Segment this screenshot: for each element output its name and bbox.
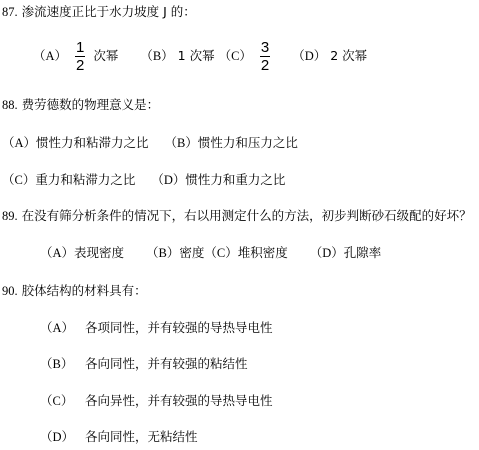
option-d-text: 各向同性，无粘结性 — [85, 429, 198, 444]
option-b-label: （B） — [40, 356, 85, 372]
option-c-label: （C） — [219, 49, 252, 63]
option-a-label: （A） — [40, 320, 85, 336]
option-d-label: （D） — [292, 49, 326, 63]
question-87-stem: 87. 渗流速度正比于水力坡度 J 的： — [2, 4, 196, 20]
question-88-stem: 88. 费劳德数的物理意义是： — [2, 97, 159, 113]
question-text: 在没有筛分析条件的情况下，右以用测定什么的方法，初步判断砂石级配的好坏？ — [22, 208, 472, 223]
option-c-text: 各向异性，并有较强的导热导电性 — [85, 393, 273, 408]
option-b-label: （B） — [165, 136, 198, 150]
question-number: 87. — [2, 5, 18, 19]
option-d-label: （D） — [151, 173, 185, 187]
option-b-label: （B） — [146, 246, 179, 260]
question-90-option-c: （C）各向异性，并有较强的导热导电性 — [40, 393, 273, 409]
option-b-text: 1 次幂 — [178, 48, 215, 63]
question-text: 胶体结构的材料具有： — [22, 283, 147, 298]
option-c-label: （C） — [204, 246, 237, 260]
option-a-text: 表现密度 — [74, 245, 124, 260]
question-text: 费劳德数的物理意义是： — [22, 97, 160, 112]
option-d-text: 2 次幂 — [330, 48, 367, 63]
option-a-text: 各项同性，并有较强的导热导电性 — [85, 320, 273, 335]
option-b-label: （B） — [140, 49, 173, 63]
option-d-text: 惯性力和重力之比 — [185, 172, 285, 187]
question-88-options-row-2: （C）重力和粘滞力之比 （D）惯性力和重力之比 — [2, 172, 285, 188]
option-a-text: 次幂 — [93, 48, 118, 63]
option-a-label: （A） — [33, 49, 67, 63]
question-89-stem: 89. 在没有筛分析条件的情况下，右以用测定什么的方法，初步判断砂石级配的好坏？ — [2, 208, 472, 224]
fraction-three-halves: 3 2 — [260, 40, 270, 73]
option-a-label: （A） — [2, 136, 36, 150]
question-number: 88. — [2, 98, 18, 112]
question-88-options-row-1: （A）惯性力和粘滞力之比 （B）惯性力和压力之比 — [2, 135, 298, 151]
question-90-option-d: （D）各向同性，无粘结性 — [40, 429, 198, 445]
question-text: 渗流速度正比于水力坡度 J 的： — [22, 4, 196, 19]
question-87-options: （A） 1 2 次幂 （B） 1 次幂 （C） 3 2 （D） 2 次幂 — [33, 40, 367, 73]
question-90-stem: 90. 胶体结构的材料具有： — [2, 283, 147, 299]
option-c-text: 堆积密度 — [238, 245, 288, 260]
option-a-label: （A） — [40, 246, 74, 260]
option-d-text: 孔隙率 — [344, 245, 382, 260]
question-number: 89. — [2, 209, 18, 223]
option-c-label: （C） — [2, 173, 35, 187]
option-b-text: 惯性力和压力之比 — [198, 135, 298, 150]
option-c-label: （C） — [40, 393, 85, 409]
option-b-text: 密度 — [179, 245, 204, 260]
option-a-text: 惯性力和粘滞力之比 — [36, 135, 149, 150]
question-number: 90. — [2, 284, 18, 298]
fraction-one-half: 1 2 — [75, 40, 85, 73]
option-b-text: 各向同性，并有较强的粘结性 — [85, 356, 248, 371]
option-c-text: 重力和粘滞力之比 — [35, 172, 135, 187]
question-90-option-b: （B）各向同性，并有较强的粘结性 — [40, 356, 248, 372]
question-90-option-a: （A）各项同性，并有较强的导热导电性 — [40, 320, 273, 336]
question-89-options: （A）表现密度 （B）密度（C）堆积密度 （D）孔隙率 — [40, 245, 381, 261]
option-d-label: （D） — [40, 429, 85, 445]
option-d-label: （D） — [310, 246, 344, 260]
